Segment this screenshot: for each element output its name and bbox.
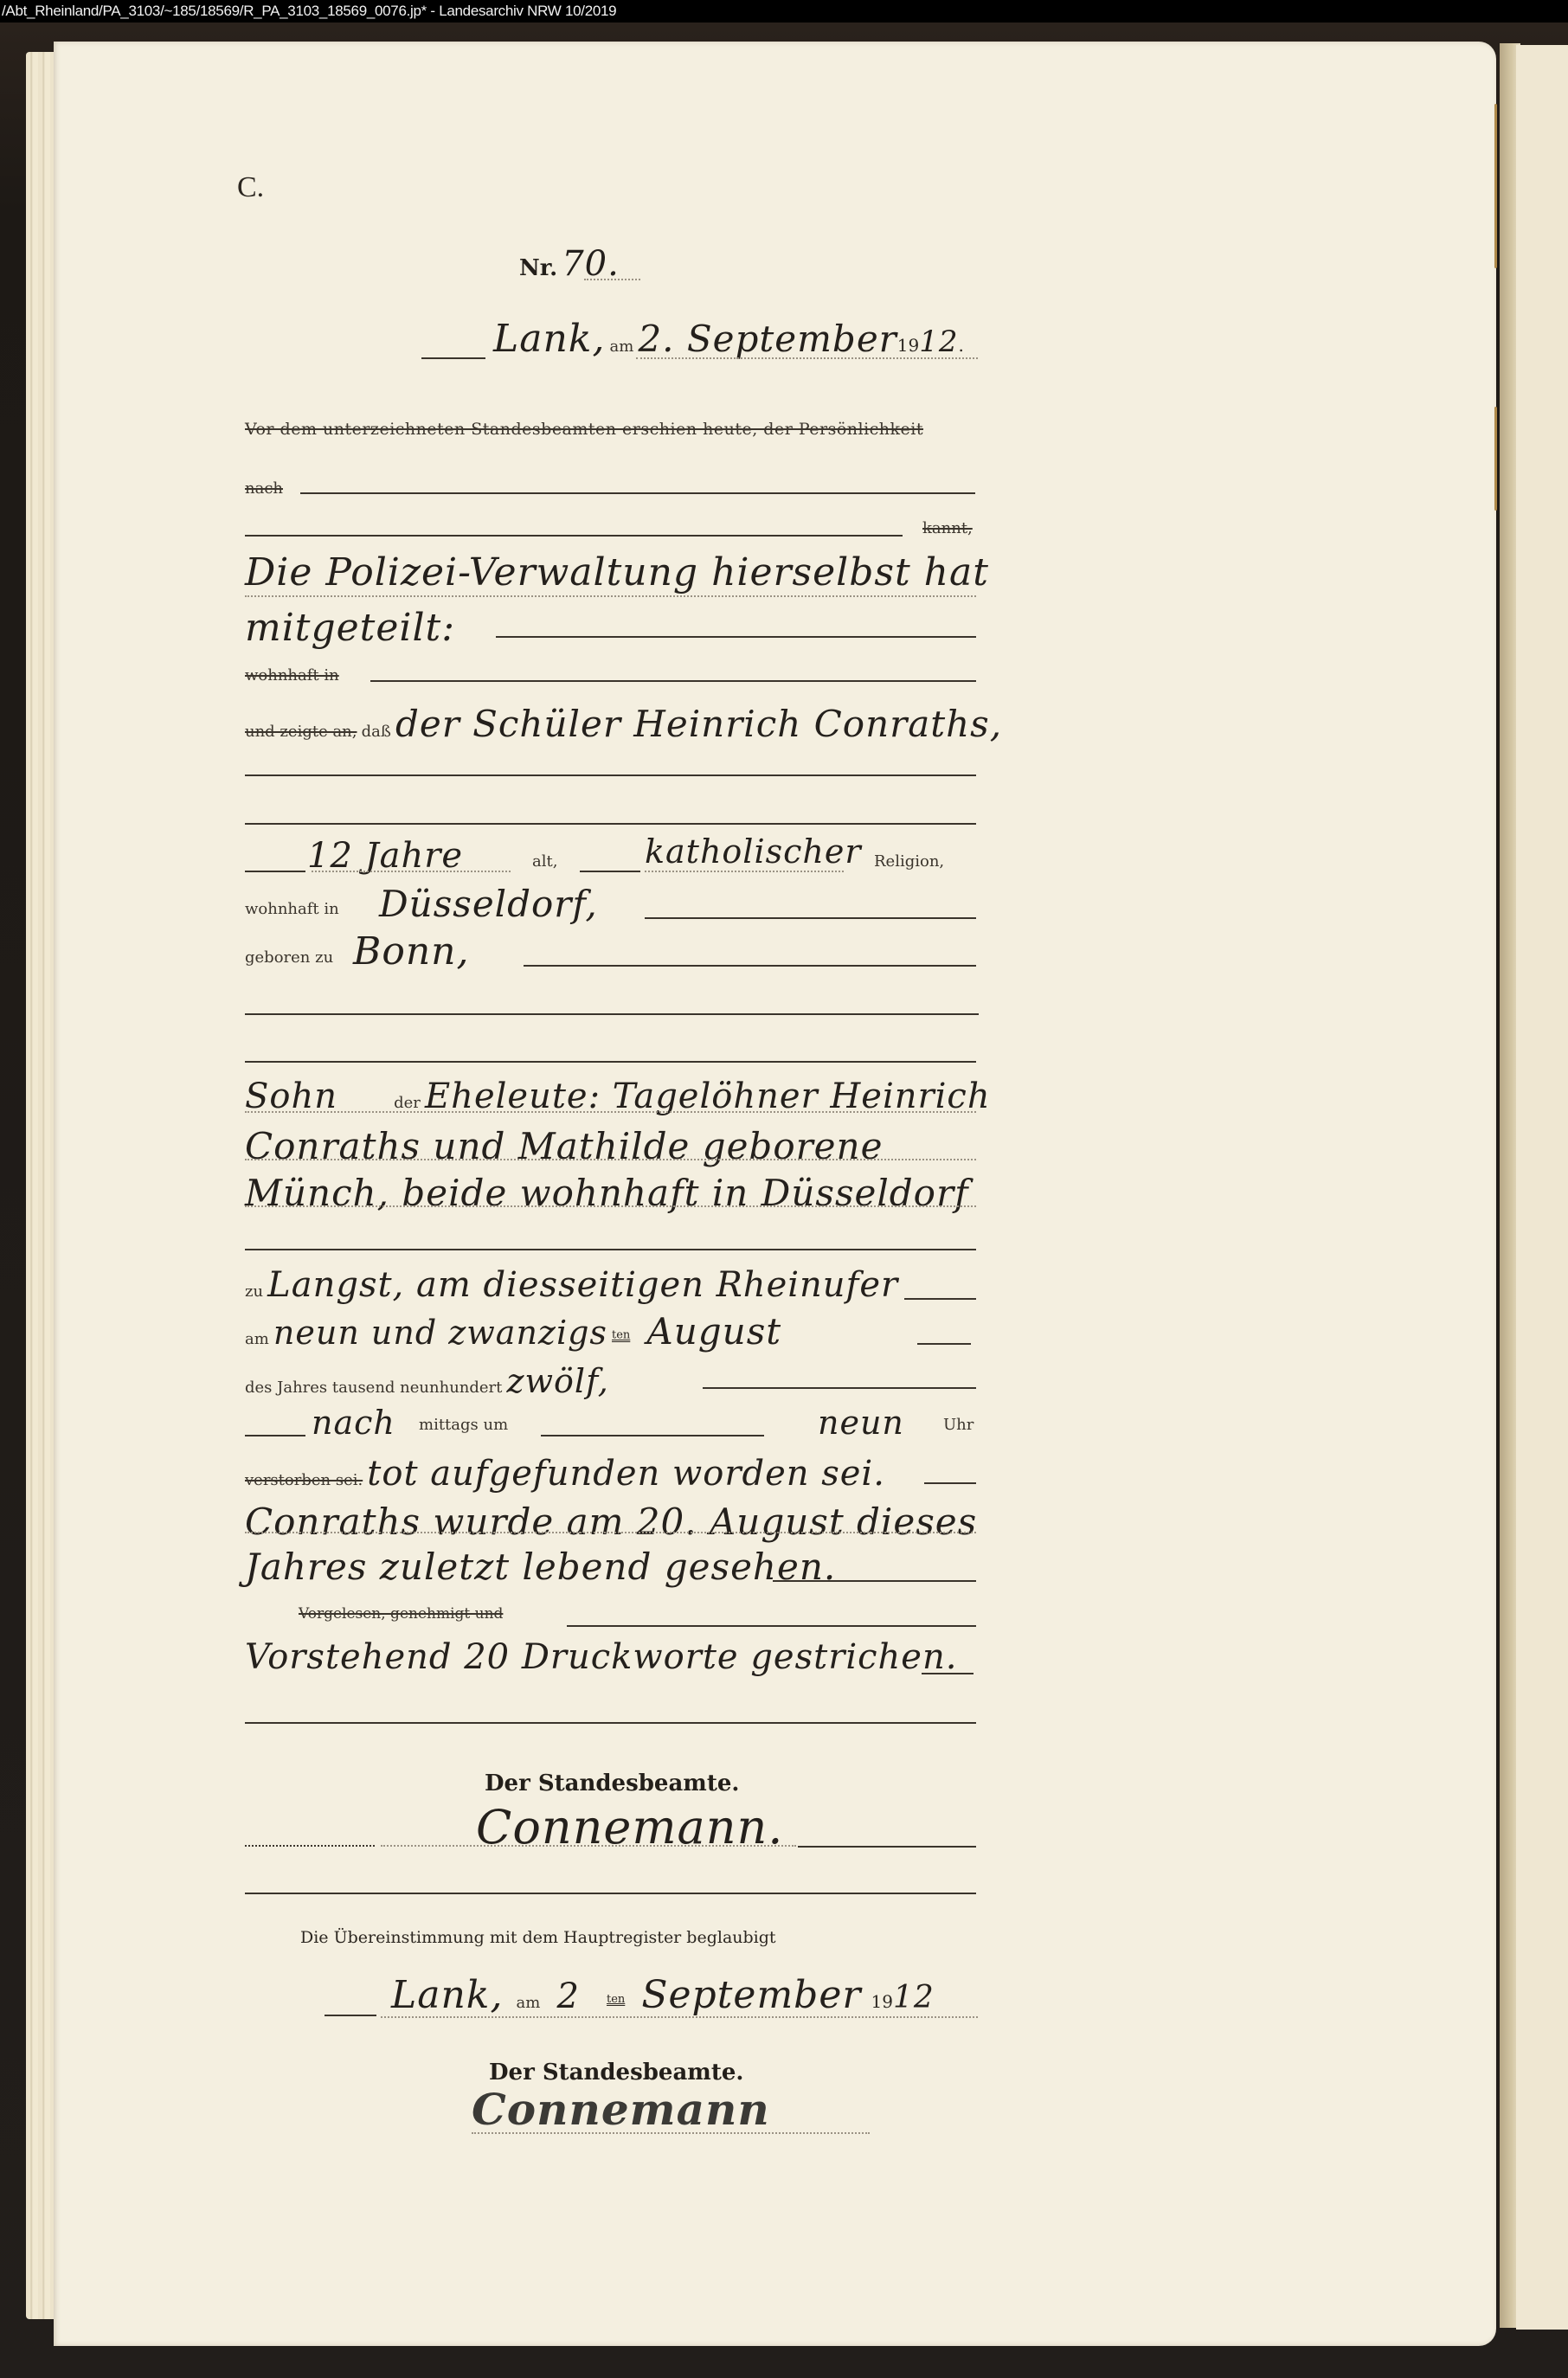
parents-der: der	[394, 1094, 421, 1112]
form-rule	[421, 357, 485, 359]
form-rule	[904, 1298, 976, 1300]
age-label: alt,	[532, 852, 557, 871]
dotted-line	[245, 1532, 976, 1533]
time-prefix-value: nach	[312, 1404, 395, 1442]
dotted-line	[381, 2016, 978, 2018]
residence-value: Düsseldorf,	[379, 883, 598, 925]
dotted-line	[312, 871, 511, 872]
record-place-date: Lank, am 2. September1912.	[493, 317, 964, 361]
death-record-form: C. Nr. 70. Lank, am 2. September1912. Vo…	[0, 0, 1568, 2378]
dotted-line	[636, 357, 978, 359]
deceased-line: und zeigte an, daß der Schüler Heinrich …	[245, 703, 1002, 745]
year-print: 19	[897, 335, 919, 356]
dotted-line	[645, 871, 844, 872]
dotted-line	[584, 279, 640, 280]
time-value: neun	[818, 1404, 904, 1442]
remark-text-4: Vorstehend 20 Druckworte gestrichen.	[245, 1637, 957, 1677]
form-rule	[245, 1249, 976, 1250]
year-value: zwölf,	[507, 1362, 609, 1400]
death-place-label: zu	[245, 1282, 263, 1301]
form-rule	[325, 2015, 376, 2016]
form-rule	[245, 1845, 375, 1847]
form-rule	[496, 636, 976, 638]
record-date: 2. September	[638, 318, 896, 360]
dass-label: daß	[362, 723, 391, 741]
dotted-line	[381, 1845, 796, 1847]
dotted-line	[472, 2132, 870, 2134]
cert-heading: Der Standesbeamte.	[489, 2060, 743, 2086]
struck-kannt: kannt,	[922, 519, 973, 537]
official-heading: Der Standesbeamte.	[485, 1771, 739, 1796]
death-month: August	[646, 1310, 781, 1353]
dotted-line	[245, 1205, 976, 1207]
cert-signature: Connemann	[472, 2084, 770, 2135]
death-day-label: am	[245, 1330, 269, 1348]
parents-text-2: Conraths und Mathilde geborene	[245, 1125, 883, 1167]
informant-line-1: Die Polizei-Verwaltung hierselbst hat	[245, 550, 989, 594]
cert-ten: ten	[607, 1993, 625, 2006]
form-rule	[524, 965, 976, 967]
struck-intro-text: Vor dem unterzeichneten Standesbeamten e…	[245, 420, 923, 439]
cert-am: am	[517, 1994, 541, 2012]
form-rule	[917, 1343, 971, 1345]
religion-value: katholischer	[645, 832, 862, 871]
cert-year-print: 19	[871, 1991, 893, 2012]
remark-text-2: Conraths wurde am 20. August dieses	[245, 1501, 977, 1543]
form-rule	[245, 823, 976, 825]
form-rule	[300, 492, 975, 494]
death-day-line: am neun und zwanzigs ten August	[245, 1310, 781, 1353]
form-rule	[541, 1435, 764, 1436]
form-rule	[245, 1893, 976, 1894]
am-label: am	[610, 337, 634, 356]
form-rule	[245, 1722, 976, 1724]
dotted-line	[245, 1159, 976, 1160]
dotted-line	[245, 595, 976, 597]
form-rule	[924, 1482, 976, 1484]
deceased-name: der Schüler Heinrich Conraths,	[395, 703, 1002, 745]
death-year-line: des Jahres tausend neunhundert zwölf,	[245, 1362, 609, 1400]
parents-text-3: Münch, beide wohnhaft in Düsseldorf	[245, 1172, 969, 1214]
form-rule	[245, 535, 903, 537]
form-rule	[798, 1846, 976, 1848]
cert-place: Lank,	[391, 1973, 503, 2017]
certification-place-date: Lank, am 2 ten September 1912	[391, 1973, 935, 2017]
birth-label: geboren zu	[245, 948, 333, 967]
death-place-line: zu Langst, am diesseitigen Rheinufer	[245, 1265, 898, 1305]
remark-text-3: Jahres zuletzt lebend gesehen.	[245, 1546, 836, 1588]
certification-text: Die Übereinstimmung mit dem Hauptregiste…	[300, 1928, 776, 1947]
form-rule	[773, 1580, 976, 1582]
form-rule	[580, 871, 640, 872]
struck-zeigte: und zeigte an,	[245, 723, 357, 741]
form-rule	[922, 1673, 974, 1674]
number-label: Nr.	[519, 255, 557, 281]
section-letter: C.	[237, 171, 264, 204]
cert-year-hand: 12	[893, 1980, 935, 2015]
struck-vorgelesen: Vorgelesen, genehmigt und	[299, 1605, 503, 1623]
cert-month: September	[641, 1973, 861, 2017]
form-rule	[645, 917, 976, 919]
time-label: mittags um	[419, 1416, 508, 1434]
struck-verstorben: verstorben sei.	[245, 1471, 363, 1489]
remark-line-1: verstorben sei. tot aufgefunden worden s…	[245, 1454, 885, 1494]
dotted-line	[245, 1111, 976, 1113]
form-rule	[370, 680, 976, 682]
form-rule	[245, 1061, 976, 1063]
struck-nach: nach	[245, 479, 283, 498]
form-rule	[245, 774, 976, 776]
death-place-value: Langst, am diesseitigen Rheinufer	[267, 1265, 898, 1305]
birth-value: Bonn,	[353, 929, 470, 974]
form-rule	[703, 1387, 976, 1389]
year-label: des Jahres tausend neunhundert	[245, 1379, 502, 1397]
form-rule	[245, 1435, 305, 1436]
cert-day: 2	[556, 1976, 579, 2016]
death-day-value: neun und zwanzigs	[273, 1314, 607, 1352]
form-rule	[245, 1013, 979, 1015]
residence-label: wohnhaft in	[245, 900, 339, 918]
uhr-label: Uhr	[943, 1416, 974, 1434]
punct: .	[958, 335, 963, 356]
form-rule	[245, 871, 305, 872]
remark-text-1: tot aufgefunden worden sei.	[367, 1454, 885, 1494]
informant-line-2: mitgeteilt:	[245, 606, 455, 650]
ten-suffix: ten	[612, 1329, 630, 1342]
form-rule	[567, 1625, 976, 1627]
struck-wohnhaft: wohnhaft in	[245, 666, 339, 684]
religion-label: Religion,	[874, 852, 944, 871]
record-place: Lank,	[493, 317, 605, 361]
year-hand: 12	[919, 325, 958, 359]
